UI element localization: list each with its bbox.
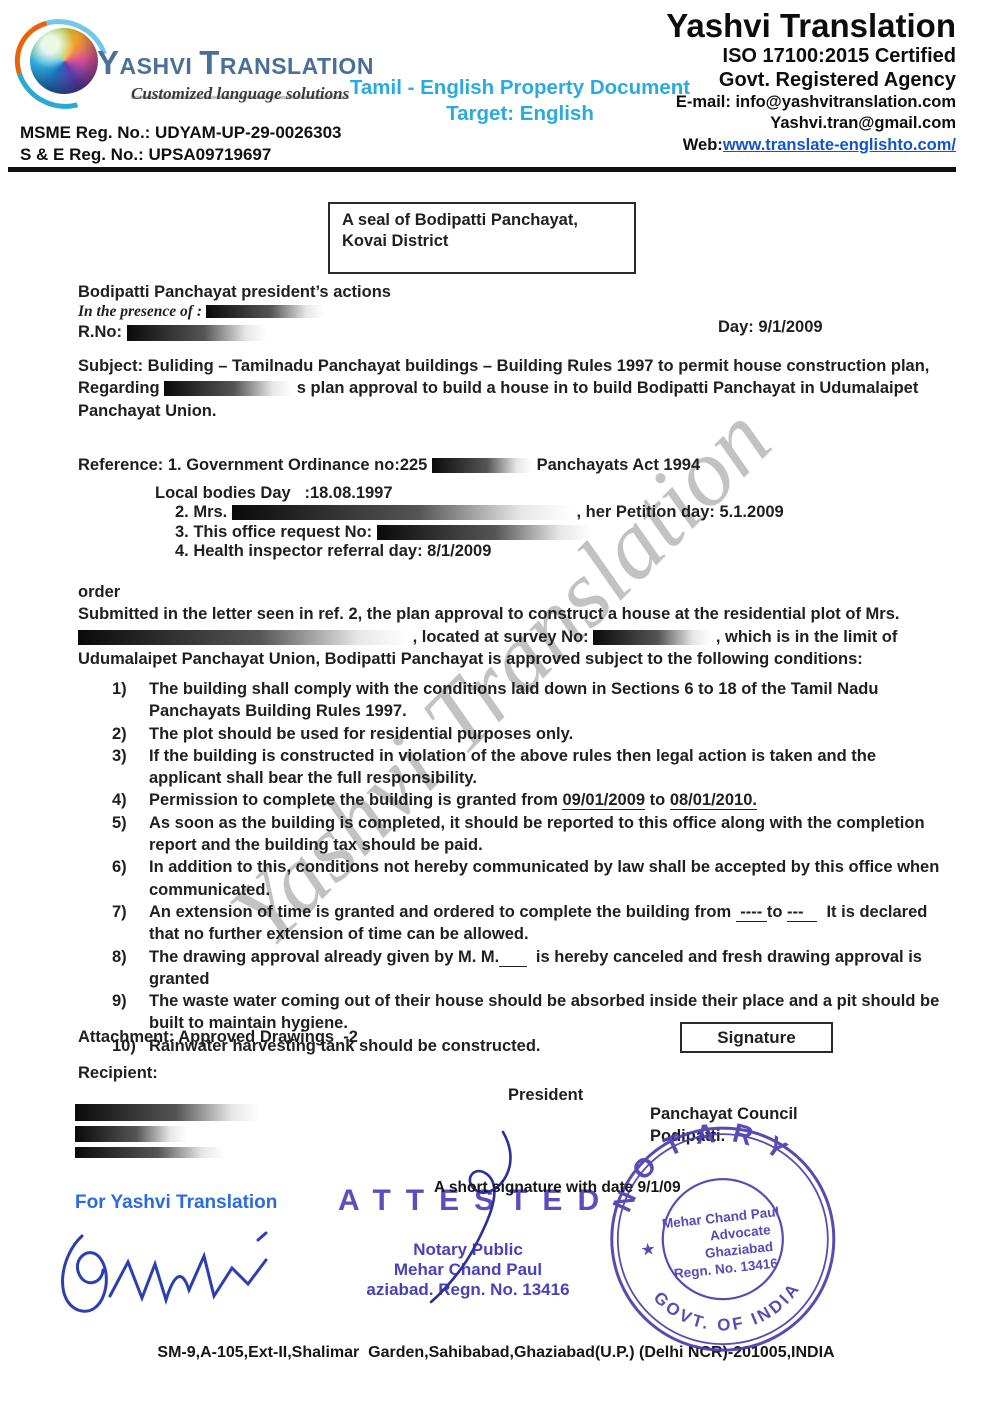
order-heading: order — [78, 581, 932, 603]
reference-line-5: 4. Health inspector referral day: 8/1/20… — [175, 542, 784, 562]
se-reg-line: S & E Reg. No.: UPSA09719697 — [20, 144, 342, 166]
redaction-bar — [164, 381, 292, 396]
condition-number: 6) — [112, 856, 149, 901]
condition-item: 5)As soon as the building is completed, … — [112, 812, 950, 857]
condition-number: 8) — [112, 946, 149, 991]
rno-label: R.No: — [78, 323, 122, 341]
president-actions-line: Bodipatti Panchayat president’s actions — [78, 281, 391, 303]
condition-item: 4)Permission to complete the building is… — [112, 789, 950, 811]
recipient-label: Recipient: — [78, 1062, 158, 1084]
condition-text: Permission to complete the building is g… — [149, 789, 950, 811]
condition-item: 2)The plot should be used for residentia… — [112, 723, 950, 745]
web-label: Web: — [683, 136, 723, 154]
condition-text: The plot should be used for residential … — [149, 723, 950, 745]
web-line: Web:www.translate-englishto.com/ — [666, 134, 956, 156]
doc-type-line1: Tamil - English Property Document — [322, 76, 718, 100]
header-divider — [8, 167, 956, 172]
redaction-bar — [232, 505, 572, 520]
reference-line-4: 3. This office request No: — [175, 523, 784, 543]
notary-round-stamp: NOTARY GOVT. OF INDIA ★ Mehar Chand Paul… — [586, 1106, 862, 1377]
redaction-bar — [206, 305, 324, 318]
redaction-bar — [78, 630, 408, 645]
condition-number: 5) — [112, 812, 149, 857]
order-section: order Submitted in the letter seen in re… — [78, 581, 932, 670]
condition-number: 7) — [112, 901, 149, 946]
brand-tagline: Customized language solutions — [131, 84, 349, 104]
reference-block: Reference: 1. Government Ordinance no:22… — [78, 456, 784, 562]
seal-line-2: Kovai District — [342, 231, 622, 252]
brand-rest: ASHVI — [120, 53, 193, 79]
reference-line-2: Local bodies Day :18.08.1997 — [155, 484, 784, 504]
notary-signature — [405, 1128, 550, 1308]
for-translation-line: For Yashvi Translation — [75, 1192, 277, 1214]
signature-box: Signature — [680, 1022, 833, 1053]
condition-text: An extension of time is granted and orde… — [149, 901, 950, 946]
registration-numbers: MSME Reg. No.: UDYAM-UP-29-0026303 S & E… — [20, 122, 342, 166]
condition-text: The building shall comply with the condi… — [149, 678, 950, 723]
condition-text: As soon as the building is completed, it… — [149, 812, 950, 857]
brand-initial: Y — [97, 44, 120, 81]
condition-item: 7)An extension of time is granted and or… — [112, 901, 950, 946]
reference-line-1: Reference: 1. Government Ordinance no:22… — [78, 456, 784, 476]
conditions-list: 1)The building shall comply with the con… — [112, 678, 950, 1057]
email-line-2: Yashvi.tran@gmail.com — [666, 113, 956, 134]
agency-line: Govt. Registered Agency — [666, 68, 956, 92]
stamp-top-text: NOTARY — [599, 1109, 810, 1219]
brand-initial: T — [199, 44, 220, 81]
redaction-bar — [432, 458, 532, 473]
reference-line-3: 2. Mrs. , her Petition day: 5.1.2009 — [175, 503, 784, 523]
attachment-line: Attachment: Approved Drawings -2 — [78, 1026, 358, 1048]
reference-4-pre: 3. This office request No: — [175, 523, 372, 541]
doc-type-line2: Target: English — [322, 102, 718, 126]
order-text-1: Submitted in the letter seen in ref. 2, … — [78, 605, 899, 623]
reference-3-post: , her Petition day: 5.1.2009 — [576, 503, 783, 521]
stamp-star-icon: ★ — [640, 1239, 657, 1259]
rno-line: R.No: — [78, 321, 267, 343]
iso-certification: ISO 17100:2015 Certified — [666, 44, 956, 68]
presence-label: In the presence of : — [78, 303, 202, 320]
translator-signature — [52, 1218, 287, 1323]
short-signature-note: A short signature with date 9/1/09 — [434, 1179, 681, 1197]
condition-number: 4) — [112, 789, 149, 811]
subject-paragraph: Subject: Buliding – Tamilnadu Panchayat … — [78, 355, 932, 422]
condition-number: 1) — [112, 678, 149, 723]
condition-number: 3) — [112, 745, 149, 790]
redaction-bar — [75, 1147, 225, 1158]
president-label: President — [508, 1084, 583, 1106]
condition-item: 6)In addition to this, conditions not he… — [112, 856, 950, 901]
email-line-1: E-mail: info@yashvitranslation.com — [666, 92, 956, 113]
document-type-heading: Tamil - English Property Document Target… — [322, 76, 718, 126]
seal-annotation-box: A seal of Bodipatti Panchayat, Kovai Dis… — [328, 202, 636, 274]
redaction-bar — [377, 525, 592, 540]
redaction-bar — [75, 1126, 187, 1142]
condition-number: 2) — [112, 723, 149, 745]
condition-text: In addition to this, conditions not here… — [149, 856, 950, 901]
condition-item: 8)The drawing approval already given by … — [112, 946, 950, 991]
globe-icon — [30, 28, 98, 94]
svg-text:NOTARY: NOTARY — [599, 1109, 810, 1219]
condition-item: 1)The building shall comply with the con… — [112, 678, 950, 723]
stamp-inner-regn: Regn. No. 13416 — [673, 1255, 779, 1281]
condition-text: The drawing approval already given by M.… — [149, 946, 950, 991]
website-link[interactable]: www.translate-englishto.com/ — [723, 136, 956, 154]
presence-line: In the presence of : — [78, 303, 324, 321]
seal-line-1: A seal of Bodipatti Panchayat, — [342, 210, 622, 231]
order-paragraph: Submitted in the letter seen in ref. 2, … — [78, 603, 932, 670]
reference-1-pre: Reference: 1. Government Ordinance no:22… — [78, 456, 427, 474]
redaction-bar — [75, 1104, 260, 1121]
redaction-bar — [593, 630, 711, 645]
header-right-block: Yashvi Translation ISO 17100:2015 Certif… — [666, 8, 956, 156]
condition-text: If the building is constructed in violat… — [149, 745, 950, 790]
brand-name-right: Yashvi Translation — [666, 8, 956, 44]
redaction-bar — [127, 325, 267, 341]
msme-reg-line: MSME Reg. No.: UDYAM-UP-29-0026303 — [20, 122, 342, 144]
reference-3-pre: 2. Mrs. — [175, 503, 227, 521]
condition-item: 3)If the building is constructed in viol… — [112, 745, 950, 790]
order-text-2: , located at survey No: — [413, 628, 589, 646]
document-page: YASHVI TRANSLATION Customized language s… — [0, 0, 992, 1403]
reference-1-post: Panchayats Act 1994 — [537, 456, 701, 474]
day-line: Day: 9/1/2009 — [718, 316, 823, 338]
